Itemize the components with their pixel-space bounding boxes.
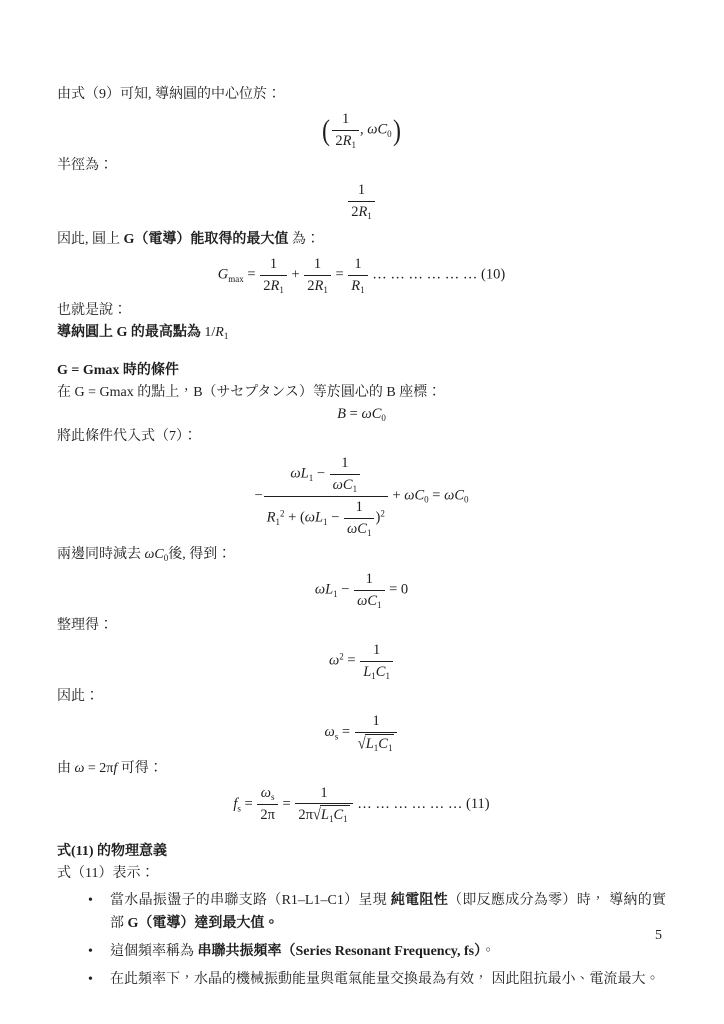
para-gmax-intro: 因此, 圓上 G（電導）能取得的最大值 為： xyxy=(57,229,666,251)
formula-substituted-eq7: −ωL1 − 1ωC1R12 + (ωL1 − 1ωC1)2 + ωC0 = ω… xyxy=(57,454,666,538)
page-number: 5 xyxy=(655,928,662,944)
para-eq9-intro: 由式（9）可知, 導納圓的中心位於： xyxy=(57,84,666,106)
formula-radius: 12R1 xyxy=(57,181,666,222)
para-from-omega-2pif: 由 ω = 2πf 可得： xyxy=(57,758,666,780)
formula-circle-center: (12R1, ωC0) xyxy=(57,110,666,151)
formula-eq10-gmax: Gmax = 12R1 + 12R1 = 1R1 … … … … … … (10… xyxy=(57,255,666,296)
para-that-is: 也就是說： xyxy=(57,300,666,322)
para-substitute-eq7: 將此條件代入式（7）： xyxy=(57,426,666,448)
para-rearrange: 整理得： xyxy=(57,615,666,637)
formula-wl-minus: ωL1 − 1ωC1 = 0 xyxy=(57,570,666,611)
formula-b-equals-wc0: B = ωC0 xyxy=(57,404,666,424)
heading-gmax-condition: G = Gmax 時的條件 xyxy=(57,360,666,382)
bullet-series-resonant-frequency: 這個頻率稱為 串聯共振頻率（Series Resonant Frequency,… xyxy=(88,940,666,963)
formula-eq11-fs: fs = ωs2π = 12π√L1C1 … … … … … … (11) xyxy=(57,784,666,826)
para-radius-label: 半徑為： xyxy=(57,155,666,177)
bullet-pure-resistive: 當水晶振盪子的串聯支路（R1–L1–C1）呈現 純電阻性（即反應成分為零）時， … xyxy=(88,889,666,935)
para-eq11-indicates: 式（11）表示： xyxy=(57,863,666,885)
formula-omega-s: ωs = 1√L1C1 xyxy=(57,712,666,754)
bullet-list: 當水晶振盪子的串聯支路（R1–L1–C1）呈現 純電阻性（即反應成分為零）時， … xyxy=(57,889,666,991)
para-susceptance: 在 G = Gmax 的點上，B（サセプタンス）等於圓心的 B 座標： xyxy=(57,382,666,404)
para-highest-point-bold: 導納圓上 G 的最高點為 1/R1 xyxy=(57,322,666,344)
para-therefore: 因此： xyxy=(57,686,666,708)
formula-omega-squared: ω2 = 1L1C1 xyxy=(57,641,666,682)
para-subtract-wc0: 兩邊同時減去 ωC0後, 得到： xyxy=(57,544,666,566)
bullet-energy-exchange: 在此頻率下，水晶的機械振動能量與電氣能量交換最為有效， 因此阻抗最小、電流最大。 xyxy=(88,968,666,991)
heading-eq11-meaning: 式(11) 的物理意義 xyxy=(57,841,666,863)
document-page: 由式（9）可知, 導納圓的中心位於： (12R1, ωC0) 半徑為： 12R1… xyxy=(0,0,724,1024)
